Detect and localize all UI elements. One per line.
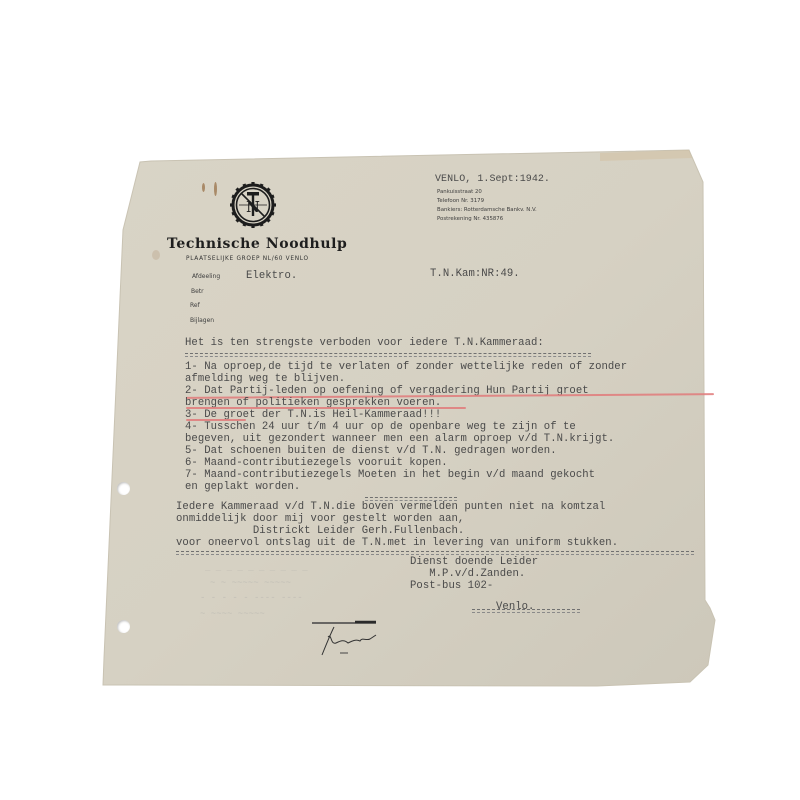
postal-account-line: Postrekening Nr. 435876 <box>437 216 503 222</box>
divider <box>185 353 591 357</box>
signatory-title: Dienst doende Leider <box>410 556 538 568</box>
rust-stain <box>214 182 217 196</box>
field-label-afdeeling: Afdeeling <box>192 273 220 280</box>
closing-line-3: Districkt Leider Gerh.Fullenbach. <box>176 525 464 537</box>
handwritten-signature-icon <box>300 615 410 660</box>
closing-line-2: onmiddelijk door mij voor gestelt worden… <box>176 513 464 525</box>
post-box: Post-bus 102- <box>410 580 493 592</box>
organization-subtitle: PLAATSELIJKE GROEP NL/60 VENLO <box>186 256 309 262</box>
place-date: VENLO, 1.Sept:1942. <box>435 174 550 185</box>
field-label-ref: Ref <box>190 302 200 309</box>
organization-name: Technische Noodhulp <box>167 236 347 252</box>
rule-4-line-2: begeven, uit gezondert wanneer men een a… <box>185 433 614 445</box>
closing-line-4: voor oneervol ontslag uit de T.N.met in … <box>176 537 618 549</box>
faded-stamp: - - - - - ---- ---- <box>200 593 303 603</box>
rule-5: 5- Dat schoenen buiten de dienst v/d T.N… <box>185 445 557 457</box>
intro-line: Het is ten strengste verboden voor ieder… <box>185 337 544 349</box>
rust-stain <box>202 183 205 192</box>
rule-1-line-2: afmelding weg te blijven. <box>185 373 345 385</box>
field-label-betr: Betr <box>191 288 204 295</box>
bank-line: Bankiers: Rotterdamsche Bankv. N.V. <box>437 207 537 213</box>
rule-7-line-2: en geplakt worden. <box>185 481 300 493</box>
punch-hole <box>117 620 130 633</box>
field-label-bijlagen: Bijlagen <box>190 317 214 324</box>
rust-stain <box>152 250 160 260</box>
reference-number: T.N.Kam:NR:49. <box>430 268 520 280</box>
field-value-afdeeling: Elektro. <box>246 270 297 282</box>
phone-line: Telefoon Nr. 3179 <box>437 198 484 204</box>
signatory-name: M.P.v/d.Zanden. <box>410 568 525 580</box>
faded-stamp: _ _ _ _ _ _ _ _ _ _ <box>205 563 308 573</box>
svg-text:N: N <box>246 198 260 216</box>
rule-4-line-1: 4- Tusschen 24 uur t/m 4 uur op de openb… <box>185 421 576 433</box>
rule-6: 6- Maand-contributiezegels vooruit kopen… <box>185 457 448 469</box>
gear-hammer-tn-emblem-icon: N <box>230 182 276 228</box>
faded-stamp: ~ ~~~~ ~~~~~ <box>200 609 265 619</box>
faded-stamp: ~ ~ ~~~~~ ~~~~~ <box>210 578 291 588</box>
letter-document: N Technische Noodhulp PLAATSELIJKE GROEP… <box>0 0 800 800</box>
punch-hole <box>117 482 130 495</box>
address-line: Pankuisstraat 20 <box>437 189 482 195</box>
rule-1-line-1: 1- Na oproep,de tijd te verlaten of zond… <box>185 361 627 373</box>
place-venlo: Venlo. <box>496 601 534 613</box>
divider <box>176 551 694 555</box>
rule-7-line-1: 7- Maand-contributiezegels Moeten in het… <box>185 469 595 481</box>
closing-line-1: Iedere Kammeraad v/d T.N.die boven verme… <box>176 501 605 513</box>
